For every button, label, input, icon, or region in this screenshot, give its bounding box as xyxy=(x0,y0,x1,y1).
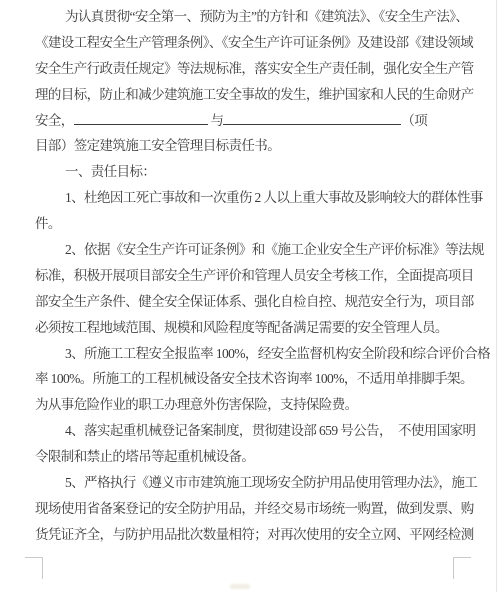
page-right-edge-line xyxy=(496,0,497,592)
line-text: 件。 xyxy=(35,216,61,231)
text-line: 1、杜绝因工死亡事故和一次重伤 2 人以上重大事故及影响较大的群体性事 xyxy=(35,185,468,211)
page-edge-artifact xyxy=(230,584,250,589)
fill-in-blank xyxy=(74,112,208,125)
text-line: 4、落实起重机械登记备案制度，贯彻建设部 659 号公告， 不使用国家明 xyxy=(35,418,468,444)
line-text: 3、所施工工程安全报监率 100%，经安全监督机构安全阶段和综合评价合格 xyxy=(65,346,490,361)
line-text: 安全， xyxy=(35,113,74,128)
document-lines: 为认真贯彻“安全第一、预防为主”的方针和《建筑法》、《安全生产法》、《建设工程安… xyxy=(35,4,468,548)
text-line: 部安全生产条件、健全安全保证体系、强化自检自控、规范安全行为，项目部 xyxy=(35,289,468,315)
line-text: 必须按工程地域范围、规模和风险程度等配备满足需要的安全管理人员。 xyxy=(35,320,448,335)
text-line: 必须按工程地域范围、规模和风险程度等配备满足需要的安全管理人员。 xyxy=(35,315,468,341)
text-line: 率 100%。所施工的工程机械设备安全技术咨询率 100%，不适用单排脚手架。 xyxy=(35,366,468,392)
line-text: 与 xyxy=(208,113,224,128)
line-text: 5、严格执行《遵义市市建筑施工现场安全防护用品使用管理办法》，施工 xyxy=(65,475,477,490)
text-line: 货凭证齐全，与防护用品批次数量相符；对再次使用的安全立网、平网经检测 xyxy=(35,522,468,548)
text-line: 标准，积极开展项目部安全生产评价和管理人员安全考核工作，全面提高项目 xyxy=(35,263,468,289)
line-text: 令限制和禁止的塔吊等起重机械设备。 xyxy=(35,449,254,464)
text-line: 现场使用省备案登记的安全防护用品，并经交易市场统一购置，做到发票、购 xyxy=(35,496,468,522)
text-line: 目部）签定建筑施工安全管理目标责任书。 xyxy=(35,133,468,159)
text-line: 理的目标，防止和减少建筑施工安全事故的发生，维护国家和人民的生命财产 xyxy=(35,82,468,108)
fill-in-blank xyxy=(223,112,401,125)
line-text: 率 100%。所施工的工程机械设备安全技术咨询率 100%，不适用单排脚手架。 xyxy=(35,371,473,386)
line-text: 4、落实起重机械登记备案制度，贯彻建设部 659 号公告， 不使用国家明 xyxy=(65,423,475,438)
text-line: 令限制和禁止的塔吊等起重机械设备。 xyxy=(35,444,468,470)
text-line: 2、依据《安全生产许可证条例》和《施工企业安全生产评价标准》等法规 xyxy=(35,237,468,263)
line-text: 目部）签定建筑施工安全管理目标责任书。 xyxy=(35,138,280,153)
text-line: 件。 xyxy=(35,211,468,237)
text-line: 3、所施工工程安全报监率 100%，经安全监督机构安全阶段和综合评价合格 xyxy=(35,341,468,367)
text-line: 一、责任目标： xyxy=(35,159,468,185)
line-text: 部安全生产条件、健全安全保证体系、强化自检自控、规范安全行为，项目部 xyxy=(35,294,474,309)
line-text: 为认真贯彻“安全第一、预防为主”的方针和《建筑法》、《安全生产法》、 xyxy=(65,9,468,24)
line-text: 为从事危险作业的职工办理意外伤害保险，支持保险费。 xyxy=(35,397,358,412)
line-text: 一、责任目标： xyxy=(65,164,155,179)
bottom-right-margin-crop-mark xyxy=(453,557,471,579)
document-page: 为认真贯彻“安全第一、预防为主”的方针和《建筑法》、《安全生产法》、《建设工程安… xyxy=(0,0,500,592)
line-text: 货凭证齐全，与防护用品批次数量相符；对再次使用的安全立网、平网经检测 xyxy=(35,527,474,542)
bottom-left-margin-crop-mark xyxy=(25,557,43,579)
text-line: 为从事危险作业的职工办理意外伤害保险，支持保险费。 xyxy=(35,392,468,418)
line-text: 现场使用省备案登记的安全防护用品，并经交易市场统一购置，做到发票、购 xyxy=(35,501,474,516)
text-line: 安全生产行政责任规定》等法规标准，落实安全生产责任制，强化安全生产管 xyxy=(35,56,468,82)
text-line: 5、严格执行《遵义市市建筑施工现场安全防护用品使用管理办法》，施工 xyxy=(35,470,468,496)
text-line: 为认真贯彻“安全第一、预防为主”的方针和《建筑法》、《安全生产法》、 xyxy=(35,4,468,30)
line-text: 安全生产行政责任规定》等法规标准，落实安全生产责任制，强化安全生产管 xyxy=(35,61,474,76)
line-text: 1、杜绝因工死亡事故和一次重伤 2 人以上重大事故及影响较大的群体性事 xyxy=(65,190,483,205)
text-line: 《建设工程安全生产管理条例》、《安全生产许可证条例》及建设部《建设领域 xyxy=(35,30,468,56)
text-line: 安全， 与（项 xyxy=(35,108,468,134)
line-text: 《建设工程安全生产管理条例》、《安全生产许可证条例》及建设部《建设领域 xyxy=(35,35,473,50)
line-text: （项 xyxy=(401,113,427,128)
line-text: 理的目标，防止和减少建筑施工安全事故的发生，维护国家和人民的生命财产 xyxy=(35,87,474,102)
line-text: 2、依据《安全生产许可证条例》和《施工企业安全生产评价标准》等法规 xyxy=(65,242,484,257)
line-text: 标准，积极开展项目部安全生产评价和管理人员安全考核工作，全面提高项目 xyxy=(35,268,474,283)
